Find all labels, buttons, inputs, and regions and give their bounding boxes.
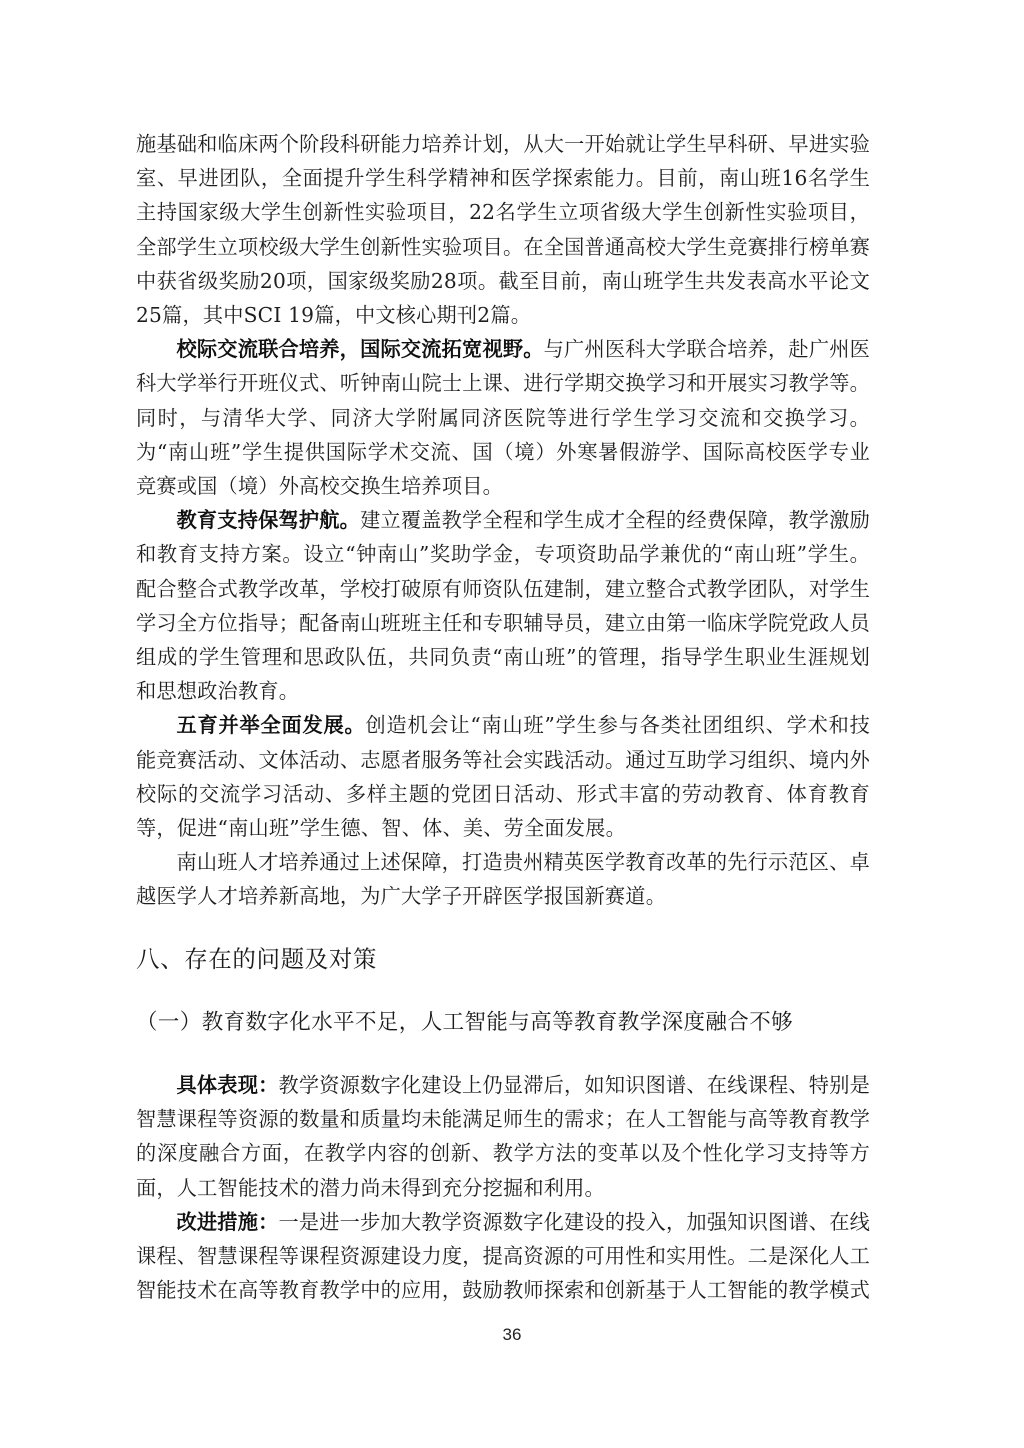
top-body-block: 施基础和临床两个阶段科研能力培养计划，从大一开始就让学生早科研、早进实验室、早进… <box>136 127 870 914</box>
paragraph-research-training: 施基础和临床两个阶段科研能力培养计划，从大一开始就让学生早科研、早进实验室、早进… <box>136 127 870 332</box>
paragraph-lead: 五育并举全面发展。 <box>177 713 366 737</box>
paragraph-text: 南山班人才培养通过上述保障，打造贵州精英医学教育改革的先行示范区、卓越医学人才培… <box>136 850 870 908</box>
paragraph-text: 与广州医科大学联合培养，赴广州医科大学举行开班仪式、听钟南山院士上课、进行学期交… <box>136 337 870 498</box>
paragraph-specific-problems: 具体表现：教学资源数字化建设上仍显滞后，如知识图谱、在线课程、特别是智慧课程等资… <box>136 1068 870 1205</box>
section-heading: 八、存在的问题及对策 <box>136 940 377 974</box>
paragraph-lead: 具体表现： <box>177 1073 279 1097</box>
paragraph-text: 建立覆盖教学全程和学生成才全程的经费保障，教学激励和教育支持方案。设立“钟南山”… <box>136 508 870 703</box>
paragraph-lead: 教育支持保驾护航。 <box>177 508 361 532</box>
paragraph-text: 施基础和临床两个阶段科研能力培养计划，从大一开始就让学生早科研、早进实验室、早进… <box>136 132 870 327</box>
subsection-heading: （一）教育数字化水平不足，人工智能与高等教育教学深度融合不够 <box>136 1005 793 1036</box>
paragraph-joint-training: 校际交流联合培养，国际交流拓宽视野。与广州医科大学联合培养，赴广州医科大学举行开… <box>136 332 870 503</box>
paragraph-education-support: 教育支持保驾护航。建立覆盖教学全程和学生成才全程的经费保障，教学激励和教育支持方… <box>136 503 870 708</box>
paragraph-lead: 改进措施： <box>177 1210 279 1234</box>
paragraph-lead: 校际交流联合培养，国际交流拓宽视野。 <box>177 337 544 361</box>
paragraph-improvement-measures: 改进措施：一是进一步加大教学资源数字化建设的投入，加强知识图谱、在线课程、智慧课… <box>136 1205 870 1308</box>
paragraph-all-round-development: 五育并举全面发展。创造机会让“南山班”学生参与各类社团组织、学术和技能竞赛活动、… <box>136 708 870 845</box>
bottom-body-block: 具体表现：教学资源数字化建设上仍显滞后，如知识图谱、在线课程、特别是智慧课程等资… <box>136 1068 870 1307</box>
page-number: 36 <box>0 1325 1024 1345</box>
paragraph-summary: 南山班人才培养通过上述保障，打造贵州精英医学教育改革的先行示范区、卓越医学人才培… <box>136 845 870 913</box>
